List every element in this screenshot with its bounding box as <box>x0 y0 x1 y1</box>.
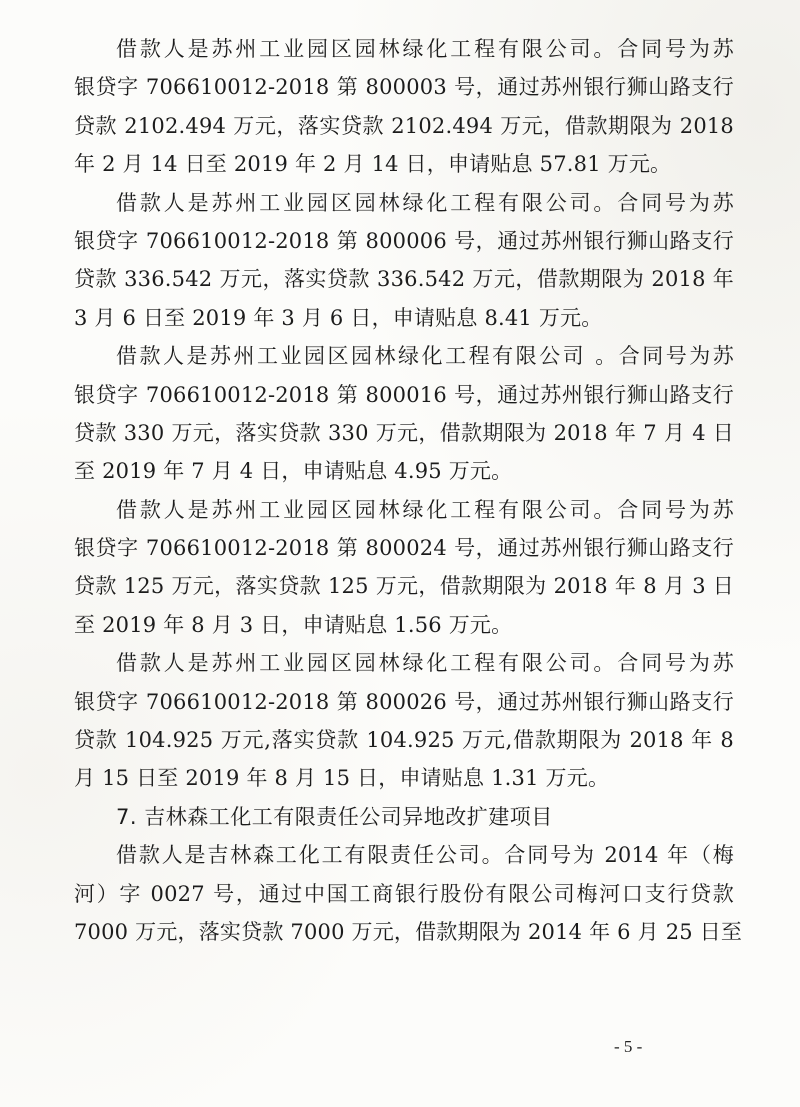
text-line: 贷款 2102.494 万元，落实贷款 2102.494 万元，借款期限为 20… <box>74 107 734 145</box>
loan-paragraph-jilin: 借款人是吉林森工化工有限责任公司。合同号为 2014 年（梅 河）字 0027 … <box>74 836 734 951</box>
text-line: 借款人是苏州工业园区园林绿化工程有限公司。合同号为苏 <box>74 184 734 222</box>
loan-paragraph-800003: 借款人是苏州工业园区园林绿化工程有限公司。合同号为苏 银贷字 706610012… <box>74 30 734 184</box>
text-line: 至 2019 年 7 月 4 日，申请贴息 4.95 万元。 <box>74 452 734 490</box>
text-line: 年 2 月 14 日至 2019 年 2 月 14 日，申请贴息 57.81 万… <box>74 145 734 183</box>
loan-paragraph-800016: 借款人是苏州工业园区园林绿化工程有限公司 。合同号为苏 银贷字 70661001… <box>74 337 734 491</box>
text-line: 银贷字 706610012-2018 第 800003 号，通过苏州银行狮山路支… <box>74 68 734 106</box>
text-line: 7000 万元，落实贷款 7000 万元，借款期限为 2014 年 6 月 25… <box>74 913 734 951</box>
text-line: 贷款 330 万元，落实贷款 330 万元，借款期限为 2018 年 7 月 4… <box>74 414 734 452</box>
text-line: 银贷字 706610012-2018 第 800016 号，通过苏州银行狮山路支… <box>74 376 734 414</box>
page-number: - 5 - <box>614 1037 642 1057</box>
loan-paragraph-800006: 借款人是苏州工业园区园林绿化工程有限公司。合同号为苏 银贷字 706610012… <box>74 184 734 338</box>
text-line: 银贷字 706610012-2018 第 800026 号，通过苏州银行狮山路支… <box>74 683 734 721</box>
text-line: 借款人是苏州工业园区园林绿化工程有限公司 。合同号为苏 <box>74 337 734 375</box>
text-line: 贷款 104.925 万元,落实贷款 104.925 万元,借款期限为 2018… <box>74 721 734 759</box>
text-line: 借款人是苏州工业园区园林绿化工程有限公司。合同号为苏 <box>74 491 734 529</box>
document-page: 借款人是苏州工业园区园林绿化工程有限公司。合同号为苏 银贷字 706610012… <box>0 0 800 1107</box>
text-line: 河）字 0027 号，通过中国工商银行股份有限公司梅河口支行贷款 <box>74 875 734 913</box>
loan-paragraph-800024: 借款人是苏州工业园区园林绿化工程有限公司。合同号为苏 银贷字 706610012… <box>74 491 734 645</box>
text-line: 3 月 6 日至 2019 年 3 月 6 日，申请贴息 8.41 万元。 <box>74 299 734 337</box>
text-line: 贷款 125 万元，落实贷款 125 万元，借款期限为 2018 年 8 月 3… <box>74 567 734 605</box>
text-line: 银贷字 706610012-2018 第 800006 号，通过苏州银行狮山路支… <box>74 222 734 260</box>
text-line: 借款人是吉林森工化工有限责任公司。合同号为 2014 年（梅 <box>74 836 734 874</box>
text-line: 借款人是苏州工业园区园林绿化工程有限公司。合同号为苏 <box>74 30 734 68</box>
text-line: 至 2019 年 8 月 3 日，申请贴息 1.56 万元。 <box>74 606 734 644</box>
loan-paragraph-800026: 借款人是苏州工业园区园林绿化工程有限公司。合同号为苏 银贷字 706610012… <box>74 644 734 798</box>
text-line: 月 15 日至 2019 年 8 月 15 日，申请贴息 1.31 万元。 <box>74 759 734 797</box>
text-line: 借款人是苏州工业园区园林绿化工程有限公司。合同号为苏 <box>74 644 734 682</box>
section-heading: 7. 吉林森工化工有限责任公司异地改扩建项目 <box>74 798 734 836</box>
text-line: 贷款 336.542 万元，落实贷款 336.542 万元，借款期限为 2018… <box>74 260 734 298</box>
document-body: 借款人是苏州工业园区园林绿化工程有限公司。合同号为苏 银贷字 706610012… <box>74 30 734 951</box>
text-line: 银贷字 706610012-2018 第 800024 号，通过苏州银行狮山路支… <box>74 529 734 567</box>
